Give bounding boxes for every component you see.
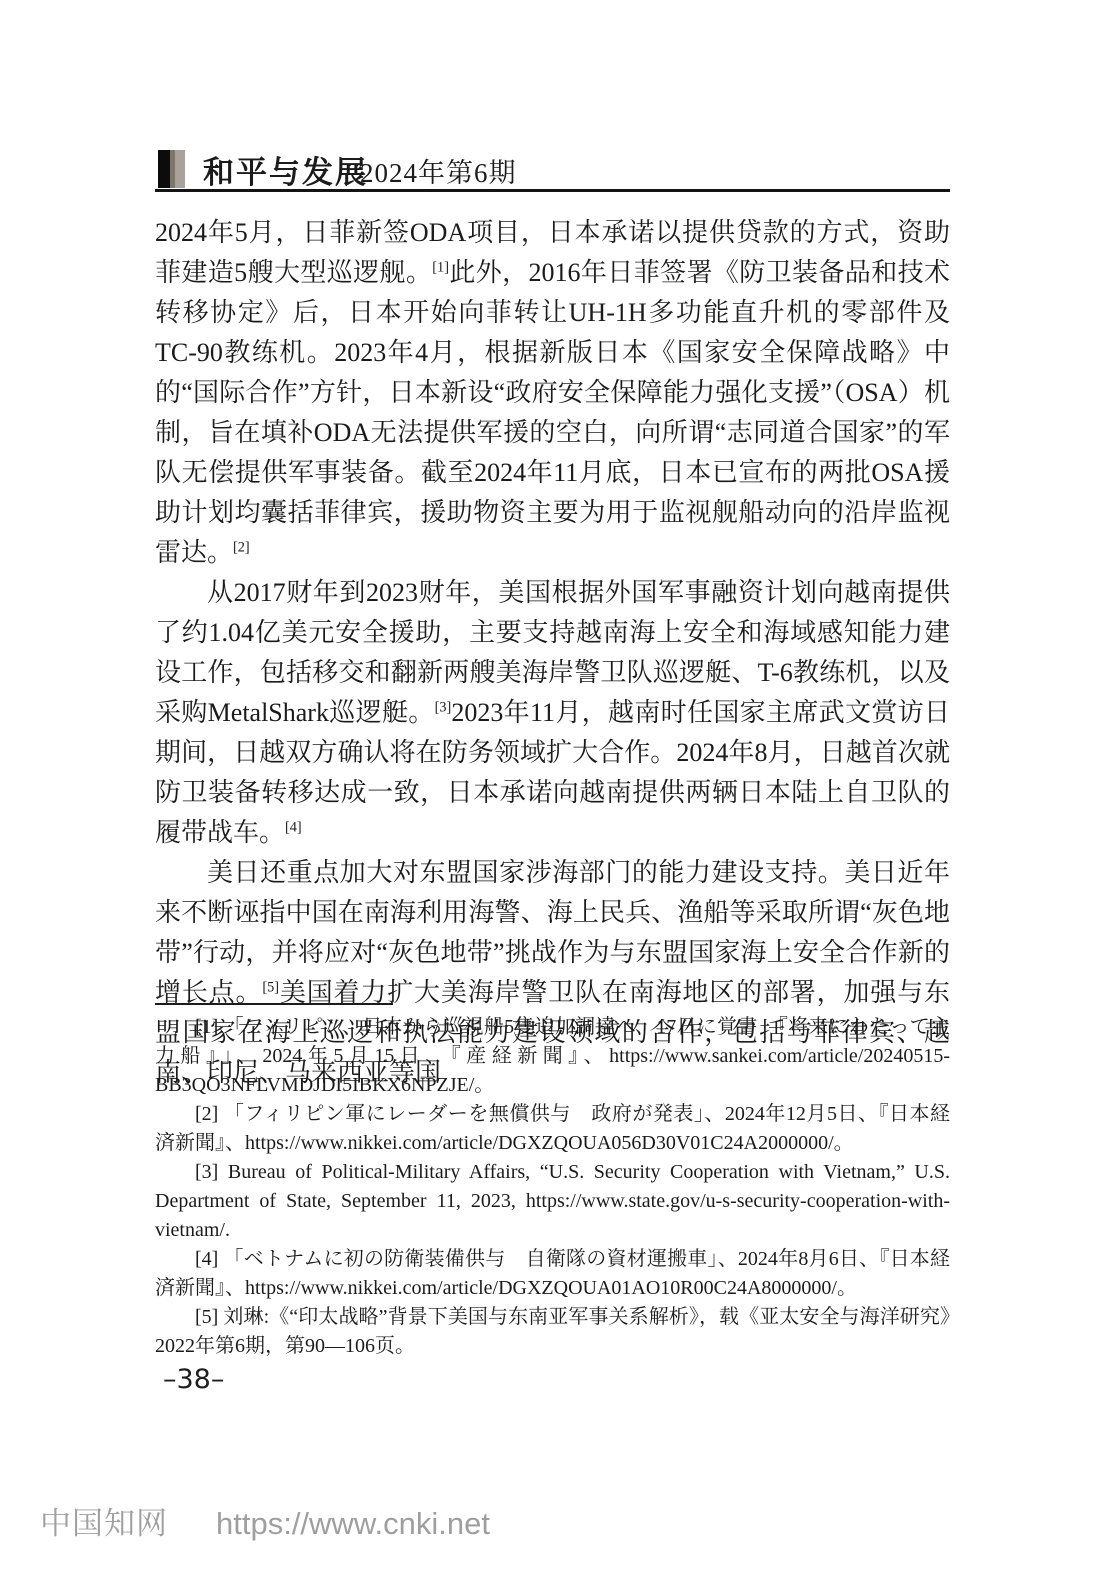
cnki-site-name: 中国知网 <box>40 1498 168 1543</box>
footnote-ref: [2] <box>233 539 250 555</box>
body-text: 此外，2016年日菲签署《防卫装备品和技术转移协定》后，日本开始向菲转让UH-1… <box>155 258 950 567</box>
footnote-ref: [3] <box>435 699 452 715</box>
document-page: 和平与发展 2024年第6期 2024年5月，日菲新签ODA项目，日本承诺以提供… <box>0 0 1102 1575</box>
journal-title: 和平与发展 <box>203 147 368 192</box>
header-divider <box>155 189 950 192</box>
footnote-ref: [1] <box>432 259 449 275</box>
footnote-item: [2] 「フィリピン軍にレーダーを無償供与 政府が発表」、2024年12月5日、… <box>155 1100 950 1158</box>
header-ornament-light-bar <box>175 150 185 188</box>
footnote-item: [5] 刘琳:《“印太战略”背景下美国与东南亚军事关系解析》，载《亚太安全与海洋… <box>155 1303 950 1361</box>
footnote-divider <box>155 1003 393 1005</box>
body-paragraph: 从2017财年到2023财年，美国根据外国军事融资计划向越南提供了约1.04亿美… <box>155 573 950 853</box>
header-ornament-black-bar <box>158 150 170 188</box>
page-number: –38– <box>163 1364 224 1395</box>
footnote-ref: [5] <box>262 979 279 995</box>
body-paragraph: 2024年5月，日菲新签ODA项目，日本承诺以提供贷款的方式，资助菲建造5艘大型… <box>155 213 950 573</box>
journal-issue: 2024年第6期 <box>360 151 517 190</box>
cnki-site-url[interactable]: https://www.cnki.net <box>216 1506 490 1542</box>
footnote-ref: [4] <box>285 819 302 835</box>
footnote-item: [4] 「ベトナムに初の防衛装備供与 自衛隊の資材運搬車」、2024年8月6日、… <box>155 1245 950 1303</box>
article-body: 2024年5月，日菲新签ODA项目，日本承诺以提供贷款的方式，资助菲建造5艘大型… <box>155 213 950 1093</box>
footnotes-section: [1] 「フィリピン、日本から巡視船5隻追加調達へ 17日に覚書 『将来にわたっ… <box>155 1013 950 1361</box>
footnote-item: [3] Bureau of Political-Military Affairs… <box>155 1158 950 1245</box>
footnote-item: [1] 「フィリピン、日本から巡視船5隻追加調達へ 17日に覚書 『将来にわたっ… <box>155 1013 950 1100</box>
cnki-footer: 中国知网 https://www.cnki.net <box>40 1498 490 1543</box>
